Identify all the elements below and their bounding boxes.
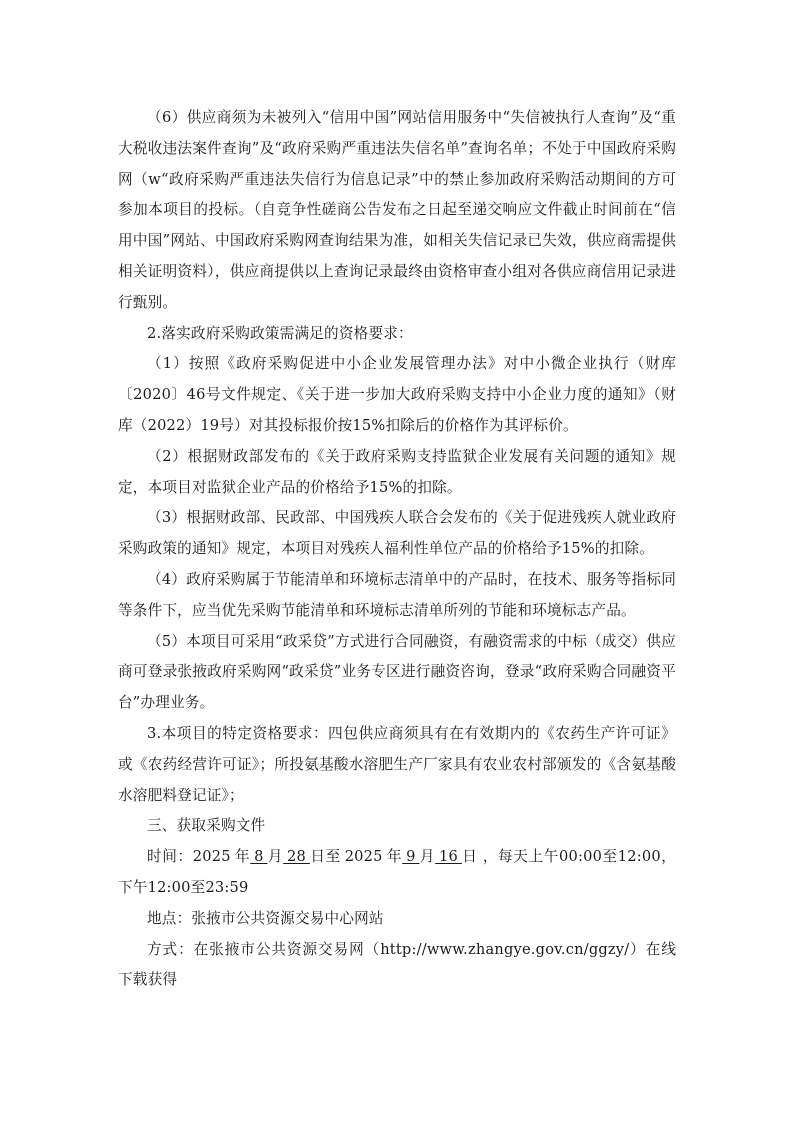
end-day: 16 bbox=[435, 848, 462, 865]
section-2-heading: 2.落实政府采购政策需满足的资格要求： bbox=[118, 319, 676, 350]
end-month: 9 bbox=[402, 848, 419, 865]
paragraph-location: 地点：张掖市公共资源交易中心网站 bbox=[118, 904, 676, 935]
paragraph-time: 时间：2025 年 8 月 28 日至 2025 年 9 月 16 日 ，每天上… bbox=[118, 842, 676, 904]
paragraph-financing: （5）本项目可采用“政采贷”方式进行合同融资，有融资需求的中标（成交）供应商可登… bbox=[118, 627, 676, 719]
paragraph-method: 方式：在张掖市公共资源交易网（http://www.zhangye.gov.cn… bbox=[118, 935, 676, 997]
paragraph-disabled-welfare: （3）根据财政部、民政部、中国残疾人联合会发布的《关于促进残疾人就业政府采购政策… bbox=[118, 503, 676, 565]
start-day: 28 bbox=[283, 848, 310, 865]
heading-obtain-documents: 三、获取采购文件 bbox=[118, 811, 676, 842]
paragraph-sme-policy: （1）按照《政府采购促进中小企业发展管理办法》对中小微企业执行（财库〔2020〕… bbox=[118, 349, 676, 441]
document-page: （6）供应商须为未被列入“信用中国”网站信用服务中“失信被执行人查询”及“重大税… bbox=[118, 103, 676, 996]
time-label: 时间： bbox=[147, 848, 193, 865]
start-month: 8 bbox=[250, 848, 267, 865]
section-3-specific-requirements: 3.本项目的特定资格要求：四包供应商须具有在有效期内的《农药生产许可证》或《农药… bbox=[118, 719, 676, 811]
paragraph-energy-saving: （4）政府采购属于节能清单和环境标志清单中的产品时，在技术、服务等指标同等条件下… bbox=[118, 565, 676, 627]
paragraph-credit-requirement: （6）供应商须为未被列入“信用中国”网站信用服务中“失信被执行人查询”及“重大税… bbox=[118, 103, 676, 319]
paragraph-prison-enterprise: （2）根据财政部发布的《关于政府采购支持监狱企业发展有关问题的通知》规定，本项目… bbox=[118, 442, 676, 504]
